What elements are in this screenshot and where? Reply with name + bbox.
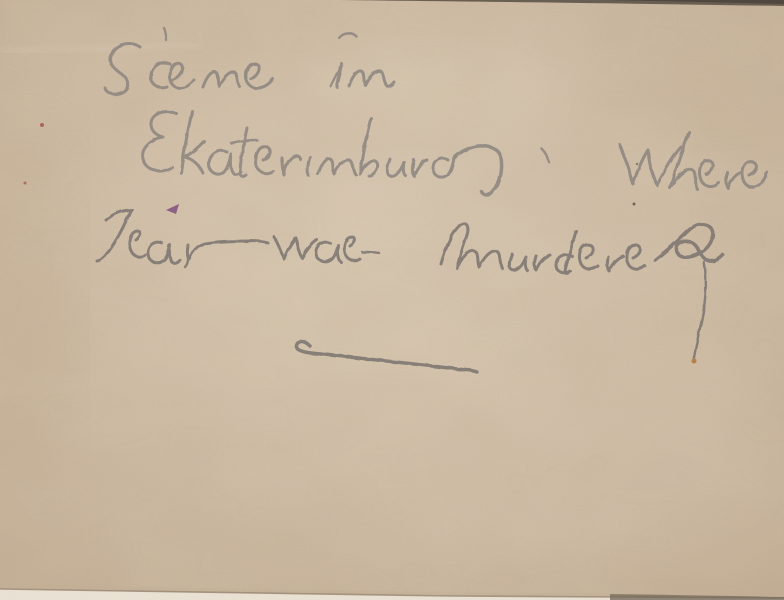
paper-grain-texture [0,0,784,600]
photo-verso-scan: Scene in Ekaterinburg where Tsar was mur… [0,0,784,600]
paper-scan-canvas [0,0,784,600]
